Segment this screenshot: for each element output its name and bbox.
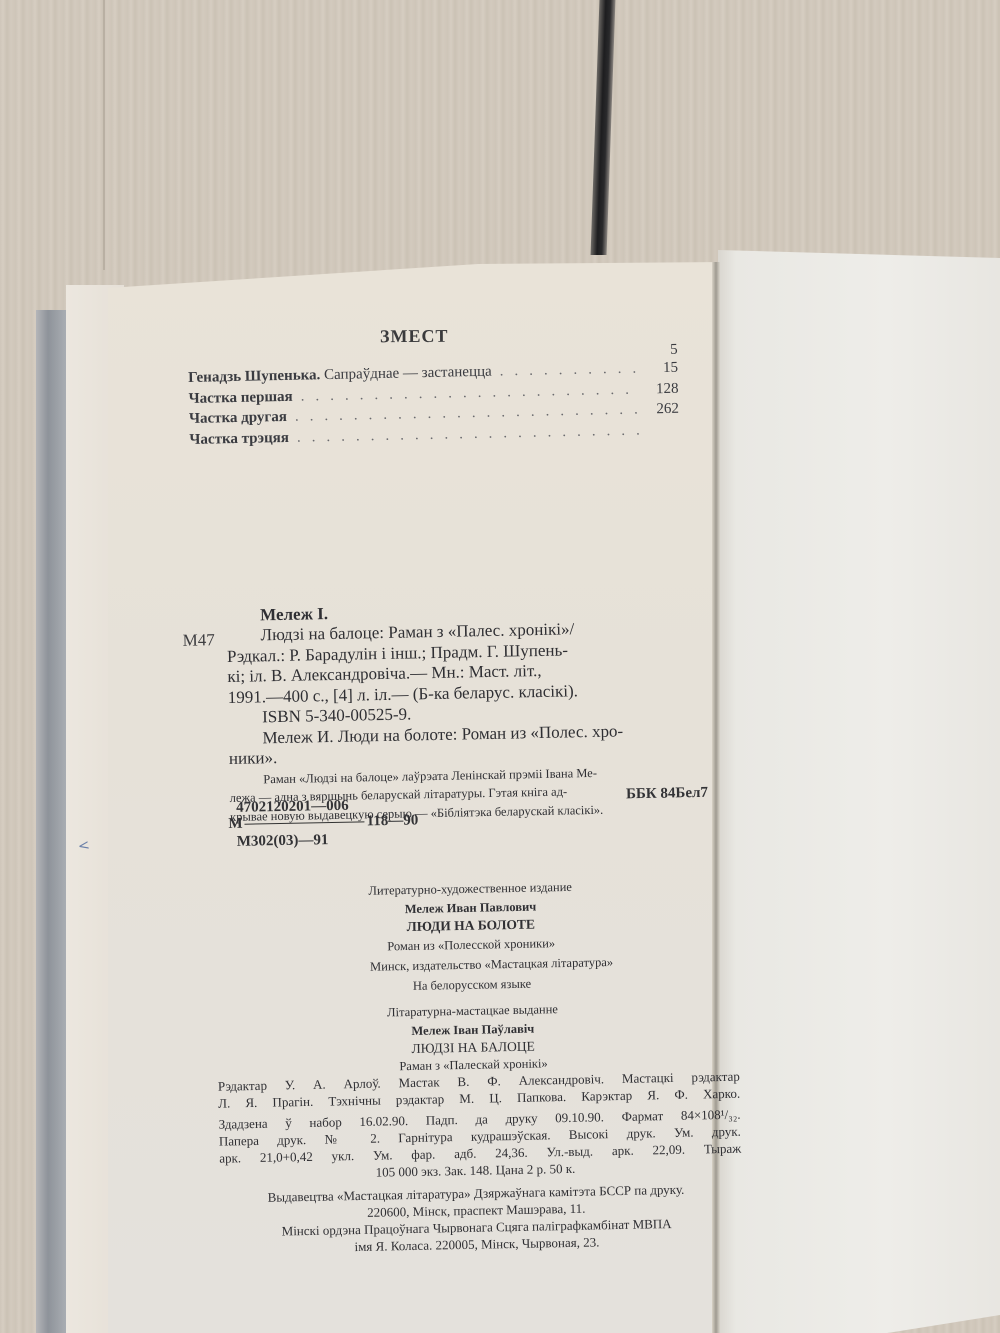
toc-entry-page: 128 — [638, 380, 678, 398]
book-cover-edge — [36, 310, 66, 1333]
right-page-blank — [718, 250, 1000, 1333]
toc-entry-page — [639, 433, 679, 434]
toc-entry-label: Сапраўднае — застанецца — [324, 364, 492, 384]
toc-first-page-number: 5 — [670, 342, 678, 359]
code-suffix: 118—90 — [366, 812, 418, 829]
toc-entry-page: 262 — [639, 401, 679, 419]
code-line-2: М118—90 — [228, 812, 418, 833]
toc-entry-label: Частка другая — [189, 409, 287, 428]
imprint: Литературно-художественное издание Мележ… — [200, 874, 747, 1258]
pencil-mark: < — [77, 837, 91, 855]
toc-entry-label: Частка першая — [188, 388, 292, 407]
fraction-rule — [245, 821, 365, 824]
code-line-3: М302(03)—91 — [237, 832, 329, 851]
toc-entry-page: 15 — [638, 360, 678, 378]
toc-leader-dots: ......................... — [492, 361, 639, 381]
catalog-code: М47 — [182, 630, 215, 651]
catalog-card: Мележ І. М47 Людзі на балоце: Раман з «П… — [226, 597, 690, 825]
imprint-print-details: Здадзена ў набор 16.02.90. Падп. да друк… — [204, 1106, 745, 1167]
bbk-code: ББК 84Бел7 — [626, 785, 708, 804]
toc-title: ЗМЕСТ — [380, 326, 449, 347]
toc-entry-label: Частка трэцяя — [189, 429, 289, 448]
toc-entry-author: Генадзь Шупенька. — [188, 367, 321, 386]
table-of-contents: 5 Генадзь Шупенька. Сапраўднае — застане… — [188, 360, 680, 452]
code-prefix: М — [228, 816, 242, 832]
board-seam — [103, 0, 105, 270]
